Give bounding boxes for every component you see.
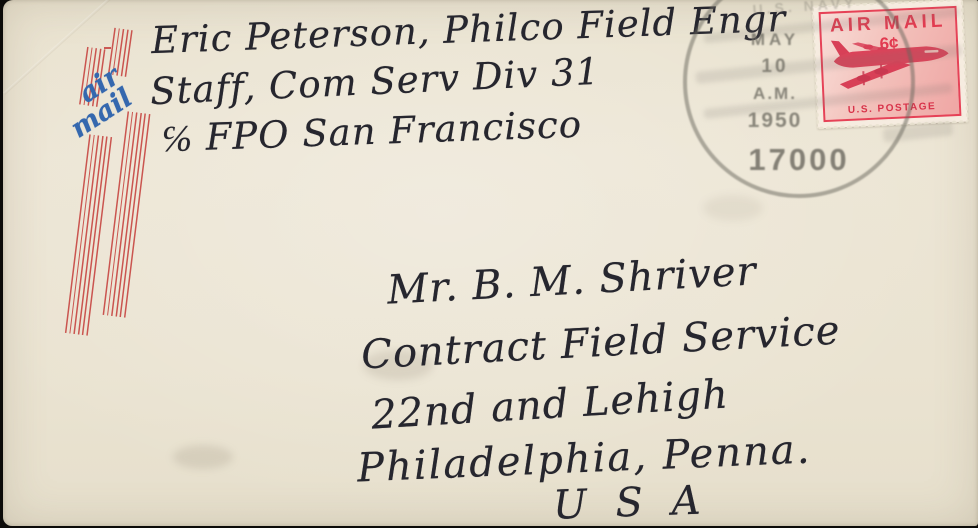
postmark-arc-text: U.S. NAVY [717,0,894,20]
paper-smudge [703,195,763,221]
recipient-address-line: Contract Field Service [360,307,841,378]
paper-smudge [173,445,233,469]
recipient-address-line: 22nd and Lehigh [370,371,730,438]
return-address-line: ℅ FPO San Francisco [160,103,582,162]
postmark-day: 10 [687,56,863,78]
recipient-address-line: U S A [552,477,709,528]
scanned-envelope: air mail Eric Peterson, Philco Field Eng… [0,0,978,528]
envelope-paper: air mail Eric Peterson, Philco Field Eng… [3,0,978,526]
postmark-cancel-number: 17000 [709,142,889,178]
red-stripe-tick [104,47,111,49]
postmark-meridiem: A.M. [687,84,863,104]
recipient-name: Mr. B. M. Shriver [386,248,758,313]
postmark-cancel: U.S. NAVY MAY 10 A.M. 1950 17000 [683,0,915,198]
postmark-month: MAY [687,30,863,50]
postmark-year: 1950 [687,109,863,133]
